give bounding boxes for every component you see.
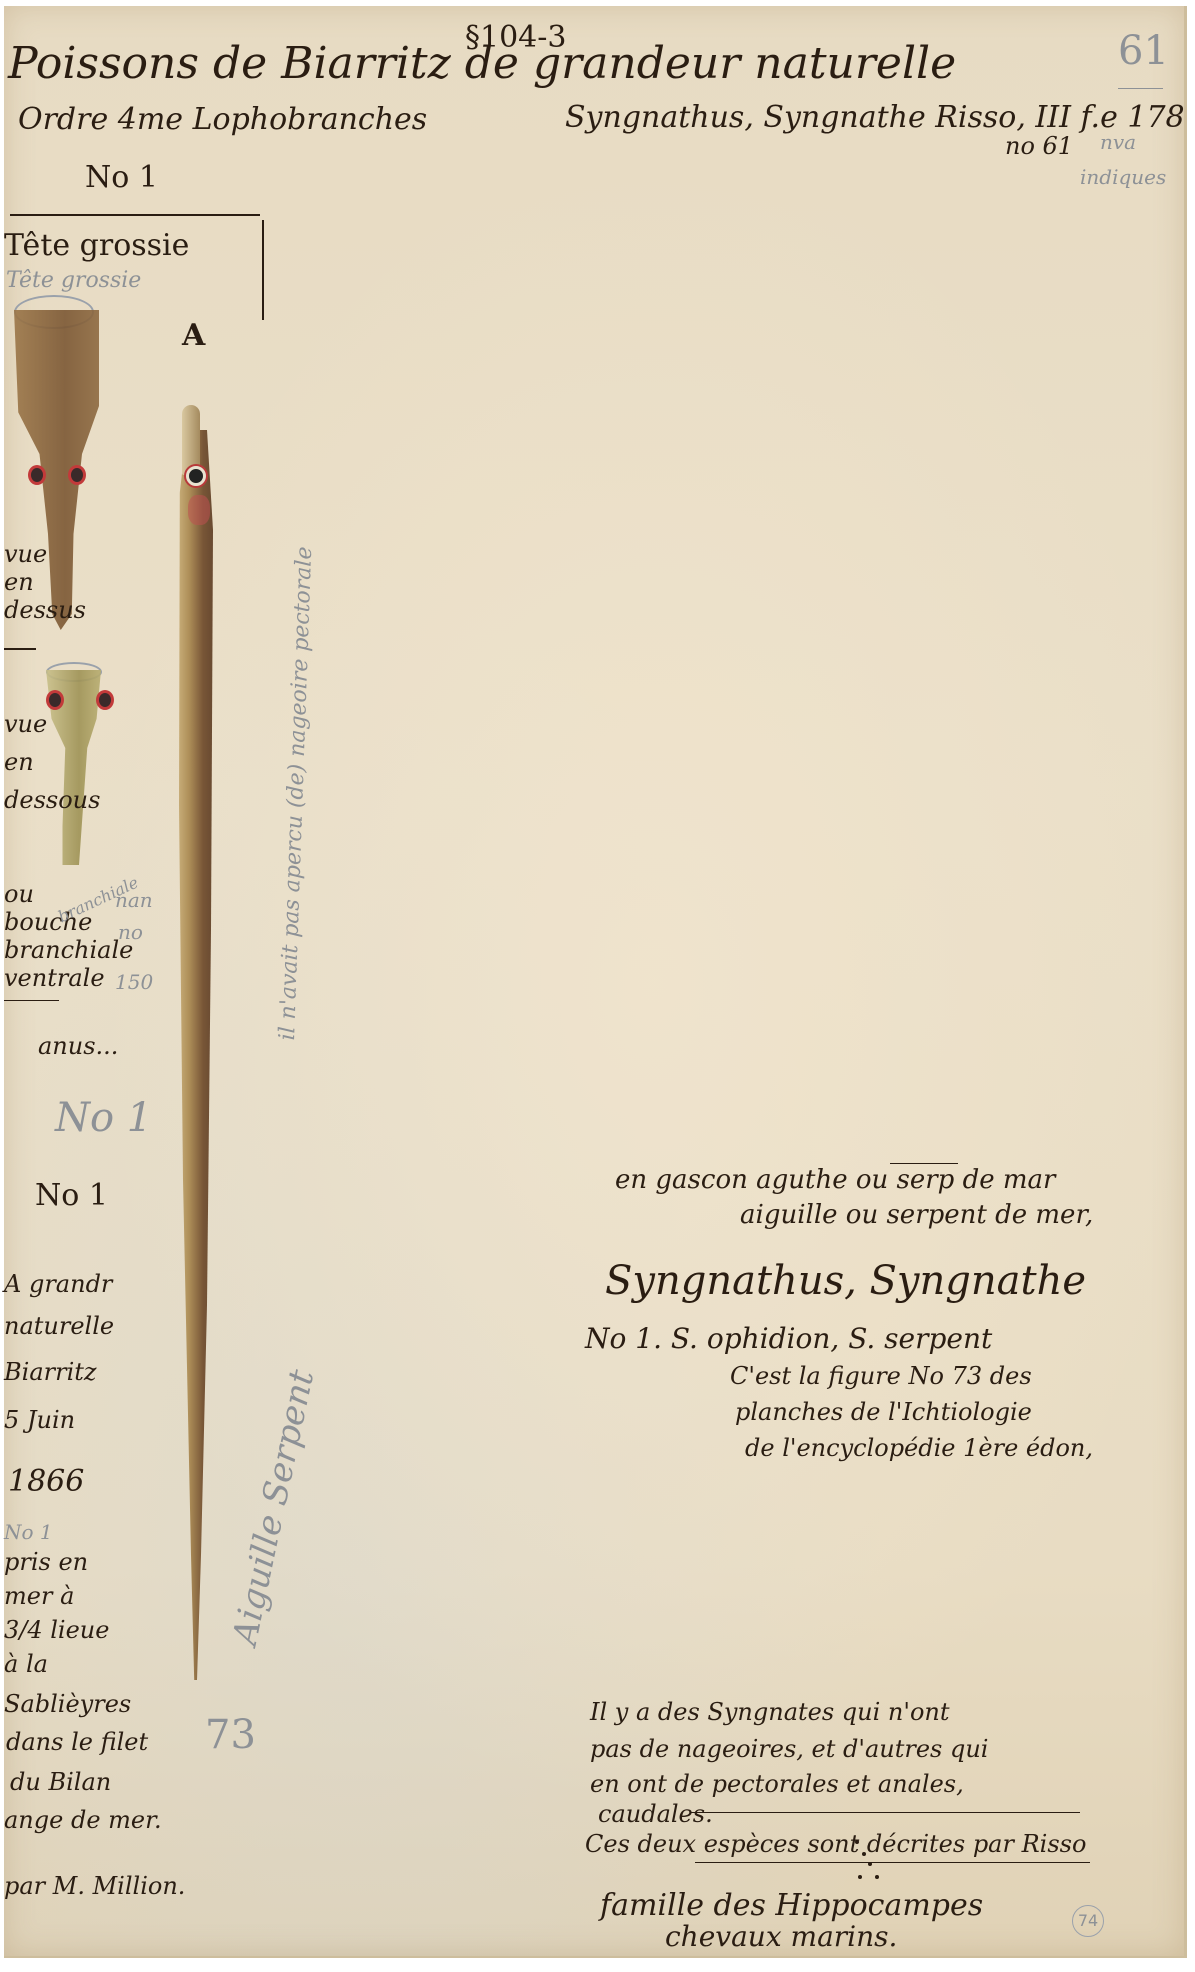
label-en-bottom: en: [4, 748, 34, 776]
pipefish-eye: [186, 466, 206, 486]
eye-left-dorsal: [28, 465, 46, 485]
figure-letter-a: A: [182, 318, 205, 353]
label-dessus: dessus: [4, 596, 86, 624]
caption-year: 1866: [8, 1464, 84, 1499]
gascon-line-1: en gascon aguthe ou serp de mar: [615, 1165, 1055, 1195]
caption-line: A grandr: [4, 1270, 112, 1298]
caption-line: à la: [4, 1650, 48, 1678]
genus-header-sub: no 61: [1005, 132, 1073, 160]
pencil-number-73: 73: [205, 1712, 256, 1758]
species-title: Syngnathus, Syngnathe: [605, 1258, 1086, 1304]
label-en-top: en: [4, 568, 34, 596]
remark-line-3: en ont de pectorales et anales,: [590, 1770, 964, 1798]
caption-line: Biarritz: [4, 1358, 97, 1386]
label-ou: ou: [4, 880, 34, 908]
separator-1: [4, 648, 36, 650]
label-vue-top: vue: [4, 540, 47, 568]
bracket-side-line: [262, 220, 264, 320]
label-branchiale: branchiale: [4, 936, 133, 964]
caption-line: Sablièyres: [4, 1690, 131, 1718]
ink-dot: [868, 1862, 872, 1866]
eye-right-ventral: [96, 690, 114, 710]
label-tete-grossie: Tête grossie: [4, 228, 189, 263]
page-stamp: 74: [1072, 1905, 1104, 1937]
caption-pencil-no1: No 1: [4, 1520, 53, 1544]
caption-line: pris en: [4, 1548, 88, 1576]
ink-number-no1: No 1: [35, 1178, 108, 1213]
ink-dot: [855, 1840, 859, 1844]
species-line: No 1. S. ophidion, S. serpent: [585, 1322, 992, 1355]
remark-line-2: pas de nageoires, et d'autres qui: [590, 1735, 988, 1763]
remark-line-5: Ces deux espèces sont décrites par Risso: [585, 1830, 1086, 1858]
eye-right-dorsal: [68, 465, 86, 485]
figure-number-top: No 1: [85, 160, 158, 195]
genus-header: Syngnathus, Syngnathe Risso, III f.e 178: [565, 100, 1185, 135]
label-dessous: dessous: [4, 786, 100, 814]
pipefish-gill: [188, 495, 210, 525]
caption-line: naturelle: [4, 1312, 114, 1340]
reference-line-1: C'est la figure No 73 des: [730, 1362, 1032, 1390]
pencil-note-nva: nva: [1100, 130, 1136, 154]
separator-2: [4, 1000, 59, 1001]
ink-dot: [858, 1875, 862, 1879]
remark-line-4: caudales.: [598, 1800, 713, 1828]
family-line-2: chevaux marins.: [665, 1920, 897, 1953]
order-line: Ordre 4me Lophobranches: [18, 102, 427, 137]
pipefish-drawing-snout: [182, 405, 200, 475]
caption-collector: par M. Million.: [4, 1872, 185, 1900]
label-anus: anus...: [38, 1032, 118, 1060]
remark-rule-top: [690, 1812, 1080, 1813]
caption-line: du Bilan: [10, 1768, 111, 1796]
remark-line-1: Il y a des Syngnates qui n'ont: [590, 1698, 950, 1726]
label-vue-bottom: vue: [4, 710, 47, 738]
reference-line-3: de l'encyclopédie 1ère édon,: [745, 1434, 1093, 1462]
pencil-number-no1: No 1: [55, 1095, 152, 1141]
family-line-1: famille des Hippocampes: [600, 1888, 983, 1923]
overline: [890, 1163, 958, 1164]
pencil-small-1: nan: [115, 888, 153, 912]
folio-number: 61: [1118, 28, 1169, 74]
pencil-note-indiques: indiques: [1080, 165, 1166, 189]
eye-left-ventral: [46, 690, 64, 710]
caption-line: dans le filet: [6, 1728, 148, 1756]
label-ventrale: ventrale: [4, 964, 105, 992]
pencil-small-3: 150: [115, 970, 153, 994]
folio-underline: [1118, 88, 1163, 89]
bracket-top-line: [10, 214, 260, 216]
reference-line-2: planches de l'Ichtiologie: [735, 1398, 1032, 1426]
ink-dot: [862, 1852, 866, 1856]
caption-line: 5 Juin: [4, 1406, 75, 1434]
caption-line: ange de mer.: [4, 1806, 162, 1834]
caption-line: 3/4 lieue: [4, 1616, 109, 1644]
pencil-tete-grossie: Tête grossie: [6, 268, 141, 293]
pencil-small-2: no: [118, 920, 143, 944]
gascon-line-2: aiguille ou serpent de mer,: [740, 1200, 1093, 1230]
caption-line: mer à: [4, 1582, 74, 1610]
ink-dot: [875, 1875, 879, 1879]
remark-rule-bottom: [695, 1862, 1090, 1863]
page-title: Poissons de Biarritz de grandeur naturel…: [8, 38, 956, 89]
